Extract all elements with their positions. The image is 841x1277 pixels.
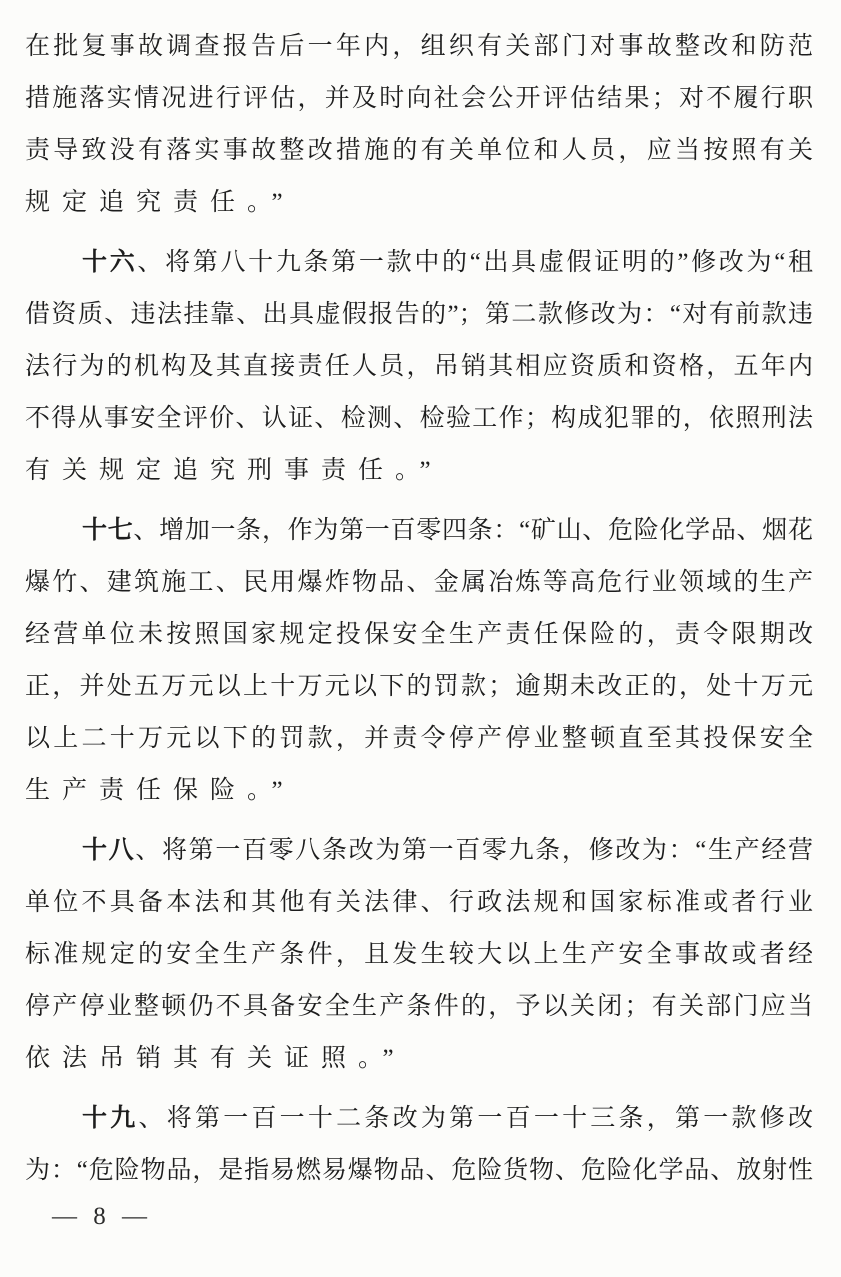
text-line: 法行为的机构及其直接责任人员，吊销其相应资质和资格，五年内: [25, 341, 813, 393]
paragraph-item-16: 十六、将第八十九条第一款中的“出具虚假证明的”修改为“租 借资质、违法挂靠、出具…: [25, 237, 813, 497]
text-line: 规定追究责任。”: [25, 177, 813, 229]
text-line: 责导致没有落实事故整改措施的有关单位和人员，应当按照有关: [25, 125, 813, 177]
text-line: 生产责任保险。”: [25, 765, 813, 817]
text-line: 正，并处五万元以上十万元以下的罚款；逾期未改正的，处十万元: [25, 661, 813, 713]
text-line: 十九、将第一百一十二条改为第一百一十三条，第一款修改: [25, 1093, 813, 1145]
text-line: 单位不具备本法和其他有关法律、行政法规和国家标准或者行业: [25, 877, 813, 929]
text-line: 标准规定的安全生产条件，且发生较大以上生产安全事故或者经: [25, 929, 813, 981]
text-line: 十六、将第八十九条第一款中的“出具虚假证明的”修改为“租: [25, 237, 813, 289]
paragraph-continuation: 在批复事故调查报告后一年内，组织有关部门对事故整改和防范 措施落实情况进行评估，…: [25, 21, 813, 229]
text-line: 在批复事故调查报告后一年内，组织有关部门对事故整改和防范: [25, 21, 813, 73]
text-line-rest: 、将第一百一十二条改为第一百一十三条，第一款修改: [138, 1105, 813, 1132]
text-line: 措施落实情况进行评估，并及时向社会公开评估结果；对不履行职: [25, 73, 813, 125]
document-body: 在批复事故调查报告后一年内，组织有关部门对事故整改和防范 措施落实情况进行评估，…: [0, 0, 841, 1197]
paragraph-ordinal: 十九: [82, 1105, 138, 1132]
paragraph-ordinal: 十六: [82, 249, 137, 276]
text-line: 十七、增加一条，作为第一百零四条：“矿山、危险化学品、烟花: [25, 505, 813, 557]
text-line: 为：“危险物品，是指易燃易爆物品、危险货物、危险化学品、放射性: [25, 1145, 813, 1197]
text-line: 爆竹、建筑施工、民用爆炸物品、金属冶炼等高危行业领域的生产: [25, 557, 813, 609]
paragraph-ordinal: 十七: [82, 517, 133, 544]
text-line-rest: 、将第一百零八条改为第一百零九条，修改为：“生产经营: [135, 837, 813, 864]
text-line: 不得从事安全评价、认证、检测、检验工作；构成犯罪的，依照刑法: [25, 393, 813, 445]
page-number: — 8 —: [0, 1197, 841, 1237]
document-page: 在批复事故调查报告后一年内，组织有关部门对事故整改和防范 措施落实情况进行评估，…: [0, 0, 841, 1277]
text-line: 有关规定追究刑事责任。”: [25, 445, 813, 497]
paragraph-ordinal: 十八: [82, 837, 135, 864]
text-line: 经营单位未按照国家规定投保安全生产责任保险的，责令限期改: [25, 609, 813, 661]
text-line: 停产停业整顿仍不具备安全生产条件的，予以关闭；有关部门应当: [25, 981, 813, 1033]
paragraph-item-17: 十七、增加一条，作为第一百零四条：“矿山、危险化学品、烟花 爆竹、建筑施工、民用…: [25, 505, 813, 817]
paragraph-item-18: 十八、将第一百零八条改为第一百零九条，修改为：“生产经营 单位不具备本法和其他有…: [25, 825, 813, 1085]
paragraph-item-19: 十九、将第一百一十二条改为第一百一十三条，第一款修改 为：“危险物品，是指易燃易…: [25, 1093, 813, 1197]
text-line: 借资质、违法挂靠、出具虚假报告的”；第二款修改为：“对有前款违: [25, 289, 813, 341]
text-line: 十八、将第一百零八条改为第一百零九条，修改为：“生产经营: [25, 825, 813, 877]
text-line: 依法吊销其有关证照。”: [25, 1033, 813, 1085]
text-line-rest: 、将第八十九条第一款中的“出具虚假证明的”修改为“租: [137, 249, 813, 276]
text-line-rest: 、增加一条，作为第一百零四条：“矿山、危险化学品、烟花: [133, 517, 813, 544]
text-line: 以上二十万元以下的罚款，并责令停产停业整顿直至其投保安全: [25, 713, 813, 765]
